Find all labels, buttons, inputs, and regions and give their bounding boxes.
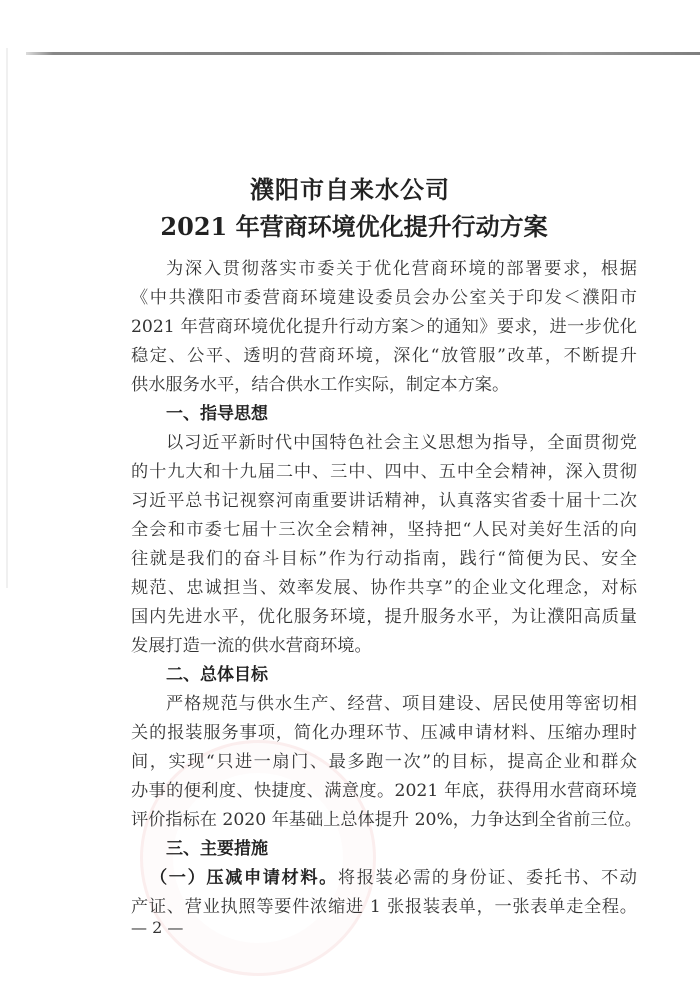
- section-heading-guiding-ideology: 一、指导思想: [166, 403, 268, 425]
- section2-line-4: 办事的便利度、快捷度、满意度。2021 年底，获得用水营商环境: [131, 780, 637, 802]
- section-heading-main-measures: 三、主要措施: [166, 838, 268, 860]
- section3-item1-lead: （一）压减申请材料。: [150, 868, 338, 888]
- document-title-plan: 2021 年营商环境优化提升行动方案: [4, 207, 700, 242]
- section-heading-overall-goal: 二、总体目标: [166, 664, 268, 686]
- intro-line-2: 《中共濮阳市委营商环境建设委员会办公室关于印发＜濮阳市: [131, 287, 637, 309]
- section1-line-5: 往就是我们的奋斗目标”作为行动指南，践行“简便为民、安全: [131, 548, 637, 570]
- intro-line-1: 为深入贯彻落实市委关于优化营商环境的部署要求，根据: [166, 258, 637, 280]
- section1-line-2: 的十九大和十九届二中、三中、四中、五中全会精神，深入贯彻: [131, 461, 637, 483]
- section3-item1-line-1: （一）压减申请材料。将报装必需的身份证、委托书、不动: [150, 867, 637, 889]
- document-title-org: 濮阳市自来水公司: [0, 170, 700, 205]
- section1-line-3: 习近平总书记视察河南重要讲话精神，认真落实省委十届十二次: [131, 490, 637, 512]
- section1-line-8: 发展打造一流的供水营商环境。: [131, 635, 637, 657]
- page-number: — 2 —: [131, 918, 183, 938]
- section2-line-3: 间，实现“只进一扇门、最多跑一次”的目标，提高企业和群众: [131, 751, 637, 773]
- section3-item1-line-2: 产证、营业执照等要件浓缩进 1 张报装表单，一张表单走全程。: [131, 896, 637, 918]
- section2-line-2: 关的报装服务事项，简化办理环节、压减申请材料、压缩办理时: [131, 722, 637, 744]
- intro-line-5: 供水服务水平，结合供水工作实际，制定本方案。: [131, 374, 637, 396]
- section1-line-7: 国内先进水平，优化服务环境，提升服务水平，为让濮阳高质量: [131, 606, 637, 628]
- section1-line-1: 以习近平新时代中国特色社会主义思想为指导，全面贯彻党: [166, 432, 637, 454]
- section1-line-6: 规范、忠诚担当、效率发展、协作共享”的企业文化理念，对标: [131, 577, 637, 599]
- section2-line-5: 评价指标在 2020 年基础上总体提升 20%，力争达到全省前三位。: [131, 809, 637, 831]
- section3-item1-rest: 将报装必需的身份证、委托书、不动: [338, 868, 637, 888]
- intro-line-4: 稳定、公平、透明的营商环境，深化“放管服”改革，不断提升: [131, 345, 637, 367]
- section2-line-1: 严格规范与供水生产、经营、项目建设、居民使用等密切相: [166, 693, 637, 715]
- intro-line-3: 2021 年营商环境优化提升行动方案＞的通知》要求，进一步优化: [131, 316, 637, 338]
- section1-line-4: 全会和市委七届十三次全会精神，坚持把“人民对美好生活的向: [131, 519, 637, 541]
- scan-edge-shadow: [6, 48, 8, 588]
- header-rule-line: [26, 52, 700, 55]
